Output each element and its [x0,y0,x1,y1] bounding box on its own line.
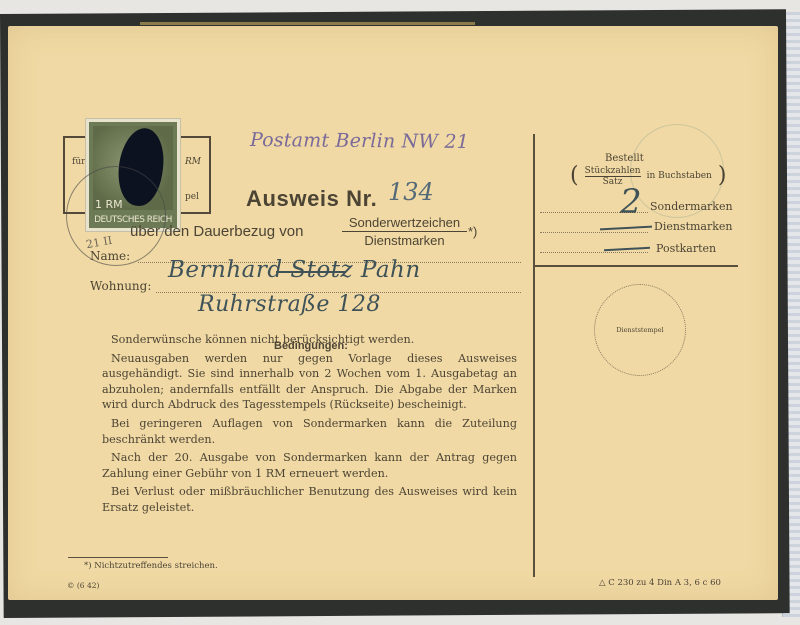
condition-item: Neuausgaben werden nur gegen Vorlage die… [102,351,517,413]
frame-currency-text: RM [185,157,201,167]
gilt-edge-strip [140,22,475,25]
special-stamps-label: Sondermarken [650,200,733,213]
frame-left-text: für [72,157,85,167]
ausweis-form: für RM pel 1 RM DEUTSCHES REICH 21 II Po… [8,26,778,600]
condition-item: Bei geringeren Auflagen von Sondermarken… [102,416,517,447]
stamp-type-option-official: Dienstmarken [342,232,467,248]
condition-item: Bei Verlust oder mißbräuchlicher Benutzu… [102,484,517,515]
postcards-line [540,252,648,253]
stamp-type-choice: Sonderwertzeichen Dienstmarken [342,215,467,248]
name-strikethrough [276,271,346,273]
conditions-list: Sonderwünsche können nicht berücksichtig… [102,332,517,519]
footnote-rule [68,557,168,558]
document-title: Ausweis Nr. [246,186,377,212]
stamp-type-option-special: Sonderwertzeichen [342,215,467,232]
order-panel-title: Bestellt [605,153,644,164]
column-divider [533,134,535,577]
condition-item: Sonderwünsche können nicht berücksichtig… [102,332,517,348]
name-label: Name: [90,249,130,263]
open-paren: ( [570,165,579,187]
official-stamps-label: Dienstmarken [654,220,733,233]
quantity-unit-pieces: Stückzahlen [585,166,641,177]
subtitle: über den Dauerbezug von [130,223,303,240]
address-label: Wohnung: [90,279,151,293]
footnote: *) Nichtzutreffendes streichen. [84,561,218,571]
service-stamp-label: Dienststempel [616,326,663,334]
card-number: 134 [388,178,434,206]
close-paren: ) [718,165,727,187]
official-stamps-line [540,232,648,233]
form-code: △ C 230 zu 4 Din A 3, 6 c 60 [599,578,721,588]
condition-item: Nach der 20. Ausgabe von Sondermarken ka… [102,450,517,481]
order-panel-rule [535,265,738,267]
address-value: Ruhrstraße 128 [198,292,381,317]
postcards-dash [604,247,650,251]
service-stamp-area: Dienststempel [594,284,686,376]
name-value: Bernhard Stotz Pahn [168,257,421,283]
order-quantity-hint: ( Stückzahlen Satz in Buchstaben ) [570,165,726,187]
printer-mark: © (6 42) [67,581,99,590]
quantity-suffix: in Buchstaben [647,171,712,181]
official-stamps-dash [600,226,652,231]
special-stamps-quantity: 2 [620,182,642,222]
postcards-label: Postkarten [656,242,716,255]
footnote-marker: *) [468,224,477,239]
special-stamps-line [540,212,648,213]
post-office-rubber-stamp: Postamt Berlin NW 21 [250,129,469,153]
frame-bottom-text: pel [185,192,199,202]
